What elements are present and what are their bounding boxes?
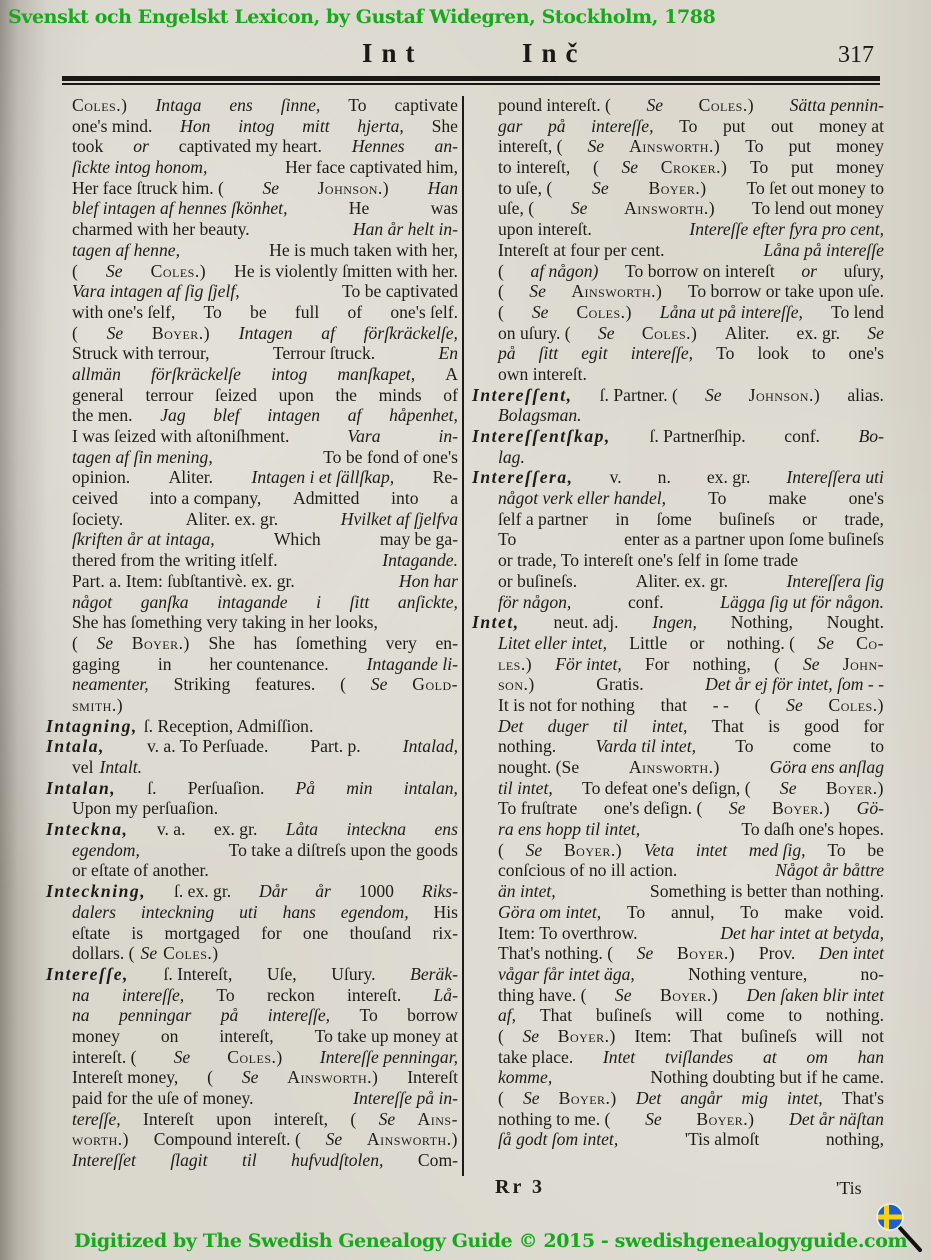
text-segment: 1000 [359, 881, 394, 902]
text-segment: will [675, 1005, 702, 1026]
text-line: til intet,To defeat one's deſign, (SeBoy… [472, 778, 884, 799]
text-segment: or [133, 136, 149, 157]
text-segment: nothing, [693, 654, 751, 675]
text-segment: own intereſt. [498, 364, 587, 385]
text-line: Intereſſe,ſ. Intereſt,Uſe,Uſury.Beräk- [46, 964, 458, 985]
text-segment: Intereſt at four per cent. [498, 240, 665, 261]
text-segment: ( [498, 261, 504, 282]
text-line: charmed with her beauty.Han år helt in- [46, 219, 458, 240]
text-line: egendom,To take a diſtreſs upon the good… [46, 840, 458, 861]
text-segment: til intet, [498, 778, 553, 799]
text-line: Her face ſtruck him. (SeJohnson.)Han [46, 178, 458, 199]
text-segment: conf. [628, 592, 664, 613]
text-segment: på [548, 116, 566, 137]
text-line: (SeBoyer.)Vetaintetmed ſig,Tobe [472, 840, 884, 861]
text-segment: egit [581, 343, 607, 364]
text-segment: charmed with her beauty. [72, 219, 250, 240]
headword: Intereſſe, [46, 964, 129, 985]
text-segment: Se [523, 1088, 540, 1109]
text-segment: To [750, 157, 768, 178]
text-segment: uſury, [844, 261, 884, 282]
text-line: ceivedinto a company,Admittedintoa [46, 488, 458, 509]
text-segment: upon [216, 1109, 251, 1130]
text-segment: intereſt, [274, 1109, 328, 1130]
text-segment: was [431, 198, 458, 219]
text-segment: hans [283, 902, 316, 923]
text-line: tookorcaptivated my heart.Hennesan- [46, 136, 458, 157]
text-segment: will [816, 1026, 843, 1047]
text-segment: intog [238, 116, 274, 137]
text-line: allmänförſkräckelſeintogmanſkapet,A [46, 364, 458, 385]
text-segment: void. [848, 902, 884, 923]
text-segment: ( [207, 1067, 213, 1088]
text-segment: the men. [72, 405, 133, 426]
text-segment: tagen af henne, [72, 240, 180, 261]
text-segment: Intereſſe på in- [353, 1088, 458, 1109]
text-segment: intagande [217, 592, 287, 613]
text-segment: trade, [844, 509, 884, 530]
text-segment: Which [274, 529, 321, 550]
text-segment: rix- [433, 923, 458, 944]
text-segment: för någon, [498, 592, 571, 613]
text-segment: Boyer.) [558, 1026, 616, 1047]
text-line: moneyonintereſt,To take up money at [46, 1026, 458, 1047]
text-segment: on [161, 1026, 179, 1047]
text-segment: to intereſt, [498, 157, 570, 178]
text-segment: gaging [72, 654, 120, 675]
text-segment: To take up money at [315, 1026, 458, 1047]
text-segment: Her face captivated him, [285, 157, 458, 178]
text-segment: v. a. [157, 819, 186, 840]
text-segment: Varda til intet, [595, 736, 696, 757]
text-segment: Boyer.) [677, 943, 735, 964]
text-line: the men.Jagblefintagenafhåpenhet, [46, 405, 458, 426]
text-segment: tereſſe, [72, 1109, 121, 1130]
text-segment: Johnson.) [749, 385, 821, 406]
text-segment: To [627, 902, 645, 923]
text-segment: Boyer.) [132, 633, 190, 654]
text-segment: Han år helt in- [353, 219, 458, 240]
text-segment: buſineſs [719, 509, 775, 530]
text-line: blef intagen af hennes ſkönhet,Hewas [46, 198, 458, 219]
text-segment: Intagen i et ſällſkap, [251, 467, 394, 488]
text-segment: To lend [831, 302, 884, 323]
text-line: tereſſe,Intereſtuponintereſt,(SeAins- [46, 1109, 458, 1130]
text-line: smith.) [46, 695, 458, 716]
text-segment: To [204, 302, 222, 323]
text-segment: nothing. [826, 1005, 884, 1026]
text-segment: en- [435, 633, 457, 654]
text-line: ſkriften år at intaga,Whichmay be ga- [46, 529, 458, 550]
running-head-right: Inč [522, 38, 587, 69]
text-segment: money at [819, 116, 884, 137]
text-line: ſociety.Aliter. ex. gr.Hvilket af ſjelfv… [46, 509, 458, 530]
text-segment: ex. gr. [214, 819, 258, 840]
text-segment: Ainsworth.) [367, 1129, 458, 1150]
text-segment: terrour [145, 385, 193, 406]
headword: Intalan, [46, 778, 116, 799]
text-segment: duger [548, 716, 589, 737]
text-segment: Boyer.) [772, 798, 830, 819]
text-segment: dollars. ( [72, 943, 135, 964]
text-line: to uſe, (SeBoyer.)To ſet out money to [472, 178, 884, 199]
text-segment: ſ. Partner. ( [600, 385, 678, 406]
text-line: pound intereſt. (SeColes.)Sätta pennin- [472, 95, 884, 116]
signature-mark: Rr 3 [495, 1176, 545, 1199]
text-segment: ens [229, 95, 252, 116]
text-segment: Item: [635, 1026, 672, 1047]
text-segment: put [723, 116, 745, 137]
text-segment: ex. gr. [797, 323, 841, 344]
text-segment: make [784, 902, 822, 923]
text-segment: Lå- [434, 985, 458, 1006]
text-segment: captivate [394, 95, 458, 116]
text-segment: Ingen, [652, 612, 696, 633]
text-segment: in- [438, 426, 458, 447]
text-segment: buſineſs [741, 1026, 797, 1047]
text-segment: on uſury. ( [498, 323, 571, 344]
text-segment: ex. gr. [707, 467, 751, 488]
left-text-column: Coles.)Intagaensſinne,Tocaptivateone's m… [46, 95, 458, 1171]
text-segment: money [836, 157, 884, 178]
text-segment: v. a. To Perſuade. [147, 736, 268, 757]
text-segment: Prov. [759, 943, 796, 964]
text-segment: Hvilket af ſjelfva [341, 509, 458, 530]
text-segment: Ainsworth.) [624, 198, 715, 219]
text-line: one's mind.Honintogmitthjerta,She [46, 116, 458, 137]
text-line: with one's ſelf,Tobefullofone's ſelf. [46, 302, 458, 323]
text-segment: Ains- [418, 1109, 458, 1130]
text-line: Intagning,ſ. Reception, Admiſſion. [46, 716, 458, 737]
text-segment: Part. a. Item: ſubſtantivè. ex. gr. [72, 571, 295, 592]
text-segment: Se [729, 798, 746, 819]
text-line: ra ens hopp til intet,To daſh one's hope… [472, 819, 884, 840]
headword: Intet, [472, 612, 520, 633]
text-segment: That [690, 1026, 722, 1047]
text-line: tagen af henne,He is much taken with her… [46, 240, 458, 261]
text-segment: han [858, 1047, 884, 1068]
text-segment: ſ. [147, 778, 156, 799]
text-segment: v. [610, 467, 622, 488]
text-line: neamenter,Strikingfeatures.(SeGold- [46, 674, 458, 695]
right-text-column: pound intereſt. (SeColes.)Sätta pennin-g… [472, 95, 884, 1150]
text-segment: to uſe, ( [498, 178, 552, 199]
text-segment: ens [435, 819, 458, 840]
text-line: She has ſomething very taking in her loo… [46, 612, 458, 633]
text-segment: ceived [72, 488, 118, 509]
text-segment: one's [849, 488, 884, 509]
text-segment: thing have. ( [498, 985, 586, 1006]
text-segment: ( [72, 323, 78, 344]
text-line: gaginginher countenance.Intagande li- [46, 654, 458, 675]
text-segment: Intagande li- [367, 654, 458, 675]
text-segment: opinion. [72, 467, 130, 488]
text-segment: inteckning [141, 902, 214, 923]
text-segment: or [802, 509, 817, 530]
text-segment: Sätta pennin- [790, 95, 884, 116]
text-segment: Se [262, 178, 279, 199]
text-segment: Coles.) [642, 323, 698, 344]
text-line: thered from the writing itſelf.Intagande… [46, 550, 458, 571]
text-line: intereſt, (SeAinsworth.)Toputmoney [472, 136, 884, 157]
text-segment: Little [629, 633, 667, 654]
text-segment: of [443, 385, 458, 406]
text-segment: na [72, 1005, 90, 1026]
text-segment: Se [588, 136, 605, 157]
text-segment: ſelf a partner [498, 509, 588, 530]
text-segment: Intereſt [407, 1067, 458, 1088]
text-segment: that [661, 695, 687, 716]
text-segment: for [261, 923, 282, 944]
text-line: own intereſt. [472, 364, 884, 385]
text-segment: intet [696, 840, 727, 861]
text-segment: take place. [498, 1047, 573, 1068]
text-segment: Dår [259, 881, 287, 902]
text-segment: nothing. ( [727, 633, 795, 654]
text-segment: ſome [656, 509, 691, 530]
text-segment: come [727, 1005, 765, 1026]
text-segment: annul, [671, 902, 715, 923]
text-segment: min [346, 778, 372, 799]
text-segment: To [216, 985, 234, 1006]
text-segment: En [438, 343, 458, 364]
text-segment: gar [498, 116, 522, 137]
text-segment: vel [72, 757, 94, 778]
text-segment: Jag [160, 405, 185, 426]
text-line: nought. (SeAinsworth.)Göra ens anſlag [472, 757, 884, 778]
text-segment: ( [593, 157, 599, 178]
text-segment: look [757, 343, 788, 364]
text-segment: Se [780, 778, 797, 799]
text-segment: To [735, 736, 753, 757]
text-segment: come [793, 736, 831, 757]
text-segment: Se [106, 261, 123, 282]
swedish-flag-magnifier-icon [874, 1202, 926, 1254]
text-segment: Litet eller intet, [498, 633, 607, 654]
text-segment: ra ens hopp til intet, [498, 819, 640, 840]
text-segment: That's nothing. ( [498, 943, 613, 964]
text-line: upon intereſt.Intereſſe efter fyra pro c… [472, 219, 884, 240]
text-line: velIntalt. [46, 757, 458, 778]
text-line: thing have. (SeBoyer.)Den ſaken blir int… [472, 985, 884, 1006]
digitization-title-caption: Svenskt och Engelskt Lexicon, by Gustaf … [8, 6, 715, 28]
text-segment: penningar [119, 1005, 191, 1026]
text-segment: Coles.) [829, 695, 885, 716]
text-segment: Bolagsman. [498, 405, 582, 426]
text-segment: förſkräckelſe, [364, 323, 458, 344]
text-line: Intereſſera,v.n.ex. gr.Intereſſera uti [472, 467, 884, 488]
text-segment: may be ga- [380, 529, 458, 550]
text-line: take place.Intettviſlandesatomhan [472, 1047, 884, 1068]
text-segment: Striking [174, 674, 231, 695]
text-segment: na [72, 985, 90, 1006]
text-segment: He is much taken with her, [269, 240, 458, 261]
text-line: Intala,v. a. To Perſuade.Part. p.Intalad… [46, 736, 458, 757]
text-segment: Part. p. [310, 736, 360, 757]
text-segment: Her face ſtruck him. ( [72, 178, 224, 199]
text-segment: Se [621, 157, 638, 178]
text-segment: Aliter. ex. gr. [636, 571, 728, 592]
text-line: That's nothing. (SeBoyer.)Prov.Den intet [472, 943, 884, 964]
text-segment: conſcious of no ill action. [498, 860, 677, 881]
text-segment: Göra ens anſlag [770, 757, 884, 778]
text-line: tagen af ſin mening,To be fond of one's [46, 447, 458, 468]
text-segment: intog [271, 364, 307, 385]
text-segment: Se [598, 323, 615, 344]
text-segment: Co- [856, 633, 884, 654]
text-segment: förſkräckelſe [151, 364, 241, 385]
text-segment: Riks- [422, 881, 458, 902]
text-segment: To [498, 529, 516, 550]
digitization-credit-caption: Digitized by The Swedish Genealogy Guide… [74, 1230, 907, 1252]
text-segment: no- [861, 964, 884, 985]
text-segment: Se [592, 178, 609, 199]
text-segment: n. [658, 467, 671, 488]
text-segment: neamenter, [72, 674, 149, 695]
text-segment: money [836, 136, 884, 157]
text-segment: Item: To overthrow. [498, 923, 638, 944]
text-segment: ſinne, [281, 95, 321, 116]
text-segment: Nothing, [731, 612, 793, 633]
text-line: (SeColes.)He is violently ſmitten with h… [46, 261, 458, 282]
text-segment: Beräk- [410, 964, 458, 985]
text-segment: mig [741, 1088, 767, 1109]
text-segment: Aliter. ex. gr. [186, 509, 278, 530]
text-line: son.)Gratis.Det år ej för intet, ſom - - [472, 674, 884, 695]
text-segment: at [763, 1047, 777, 1068]
text-segment: upon [279, 385, 314, 406]
text-segment: To [716, 343, 734, 364]
text-line: eſtateismortgagedforonethouſandrix- [46, 923, 458, 944]
text-line: för någon,conf.Lägga ſig ut för någon. [472, 592, 884, 613]
text-segment: Intereſſet [72, 1150, 136, 1171]
text-segment: Hon har [399, 571, 458, 592]
text-segment: hjerta, [357, 116, 403, 137]
text-segment: Perſuaſion. [188, 778, 265, 799]
text-segment: uti [239, 902, 258, 923]
text-line: af,Thatbuſineſswillcometonothing. [472, 1005, 884, 1026]
text-segment: Det har intet at betyda, [720, 923, 884, 944]
text-segment: ( [498, 840, 504, 861]
text-segment: make [768, 488, 806, 509]
text-segment: Se [107, 323, 124, 344]
text-segment: Nothing doubting but if he came. [650, 1067, 884, 1088]
text-segment: or trade, To intereſt one's ſelf in ſome… [498, 550, 798, 571]
text-segment: egendom, [72, 840, 140, 861]
text-line: or trade, To intereſt one's ſelf in ſome… [472, 550, 884, 571]
text-segment: På [296, 778, 316, 799]
text-segment: Struck with terrour, [72, 343, 210, 364]
text-segment: That's [842, 1088, 884, 1109]
text-segment: Intaga [155, 95, 201, 116]
text-line: påſittegitintereſſe,Tolooktoone's [472, 343, 884, 364]
text-line: worth.)Compound intereſt. (SeAinsworth.) [46, 1129, 458, 1150]
text-segment: 'Tis almoſt [685, 1129, 759, 1150]
text-segment: Det [636, 1088, 661, 1109]
text-segment: to [788, 1005, 802, 1026]
text-segment: Det år näſtan [789, 1109, 884, 1130]
text-segment: put [789, 136, 811, 157]
text-segment: Intereſſera uti [786, 467, 884, 488]
text-segment: alias. [847, 385, 884, 406]
text-segment: Se [705, 385, 722, 406]
text-segment: ſ. ex. gr. [174, 881, 231, 902]
text-segment: Den intet [819, 943, 884, 964]
text-segment: Uſury. [331, 964, 375, 985]
text-line: Detdugertilintet,Thatisgoodfor [472, 716, 884, 737]
text-segment: Croker.) [661, 157, 728, 178]
text-line: Intereſſentſkap,ſ. Partnerſhip.conf.Bo- [472, 426, 884, 447]
text-segment: håpenhet, [389, 405, 458, 426]
text-segment: Compound intereſt. ( [154, 1129, 301, 1150]
text-segment: To [745, 136, 763, 157]
text-segment: Coles.) [576, 302, 632, 323]
text-segment: her countenance. [209, 654, 328, 675]
text-segment: Intalt. [100, 757, 143, 778]
text-segment: Ainsworth.) [571, 281, 662, 302]
text-segment: hufvudſtolen, [291, 1150, 383, 1171]
text-segment: Ainsworth.) [287, 1067, 378, 1088]
text-segment: i [316, 592, 321, 613]
page-number: 317 [838, 42, 874, 69]
text-segment: lag. [498, 447, 525, 468]
text-segment: til [242, 1150, 257, 1171]
text-line: les.)För intet,Fornothing,(SeJohn- [472, 654, 884, 675]
text-segment: neut. adj. [554, 612, 619, 633]
text-segment: Lägga ſig ut för någon. [720, 592, 884, 613]
text-line: or buſineſs.Aliter. ex. gr.Intereſſera ſ… [472, 571, 884, 592]
text-segment: To daſh one's hopes. [741, 819, 884, 840]
text-segment: To [827, 840, 845, 861]
text-segment: Se [645, 1109, 662, 1130]
text-line: Struck with terrour,Terrour ſtruck.En [46, 343, 458, 364]
text-segment: paid for the uſe of money. [72, 1088, 254, 1109]
text-segment: ( [498, 302, 504, 323]
text-segment: To [679, 116, 697, 137]
text-segment: I was ſeized with aſtoniſhment. [72, 426, 289, 447]
text-segment: one's mind. [72, 116, 152, 137]
text-line: än intet,Something is better than nothin… [472, 881, 884, 902]
text-segment: very [386, 633, 417, 654]
text-segment: for [863, 716, 884, 737]
text-segment: features. [255, 674, 315, 695]
text-segment: or [801, 261, 817, 282]
text-segment: To fruſtrate [498, 798, 577, 819]
text-segment: is [768, 716, 780, 737]
text-segment: minds [379, 385, 422, 406]
text-segment: ( [755, 695, 761, 716]
text-segment: a [450, 488, 458, 509]
text-segment: put [791, 157, 813, 178]
text-segment: För intet, [555, 654, 621, 675]
text-segment: Nought. [827, 612, 884, 633]
text-line: Part. a. Item: ſubſtantivè. ex. gr.Hon h… [46, 571, 458, 592]
text-segment: något verk eller handel, [498, 488, 666, 509]
text-segment: Se [371, 674, 388, 695]
text-segment: Intereſt [143, 1109, 194, 1130]
text-segment: intereſſe, [591, 116, 653, 137]
text-line: To fruſtrateone's deſign. (SeBoyer.)Gö- [472, 798, 884, 819]
text-segment: in [158, 654, 172, 675]
text-segment: To take a diſtreſs upon the goods [229, 840, 458, 861]
text-line: Inteckna,v. a.ex. gr.Låtaintecknaens [46, 819, 458, 840]
text-segment: To [740, 902, 758, 923]
text-segment: Gö- [857, 798, 884, 819]
text-segment: Låta [286, 819, 318, 840]
text-segment: Hennes [352, 136, 405, 157]
text-segment: For [645, 654, 669, 675]
text-segment: To [348, 95, 366, 116]
